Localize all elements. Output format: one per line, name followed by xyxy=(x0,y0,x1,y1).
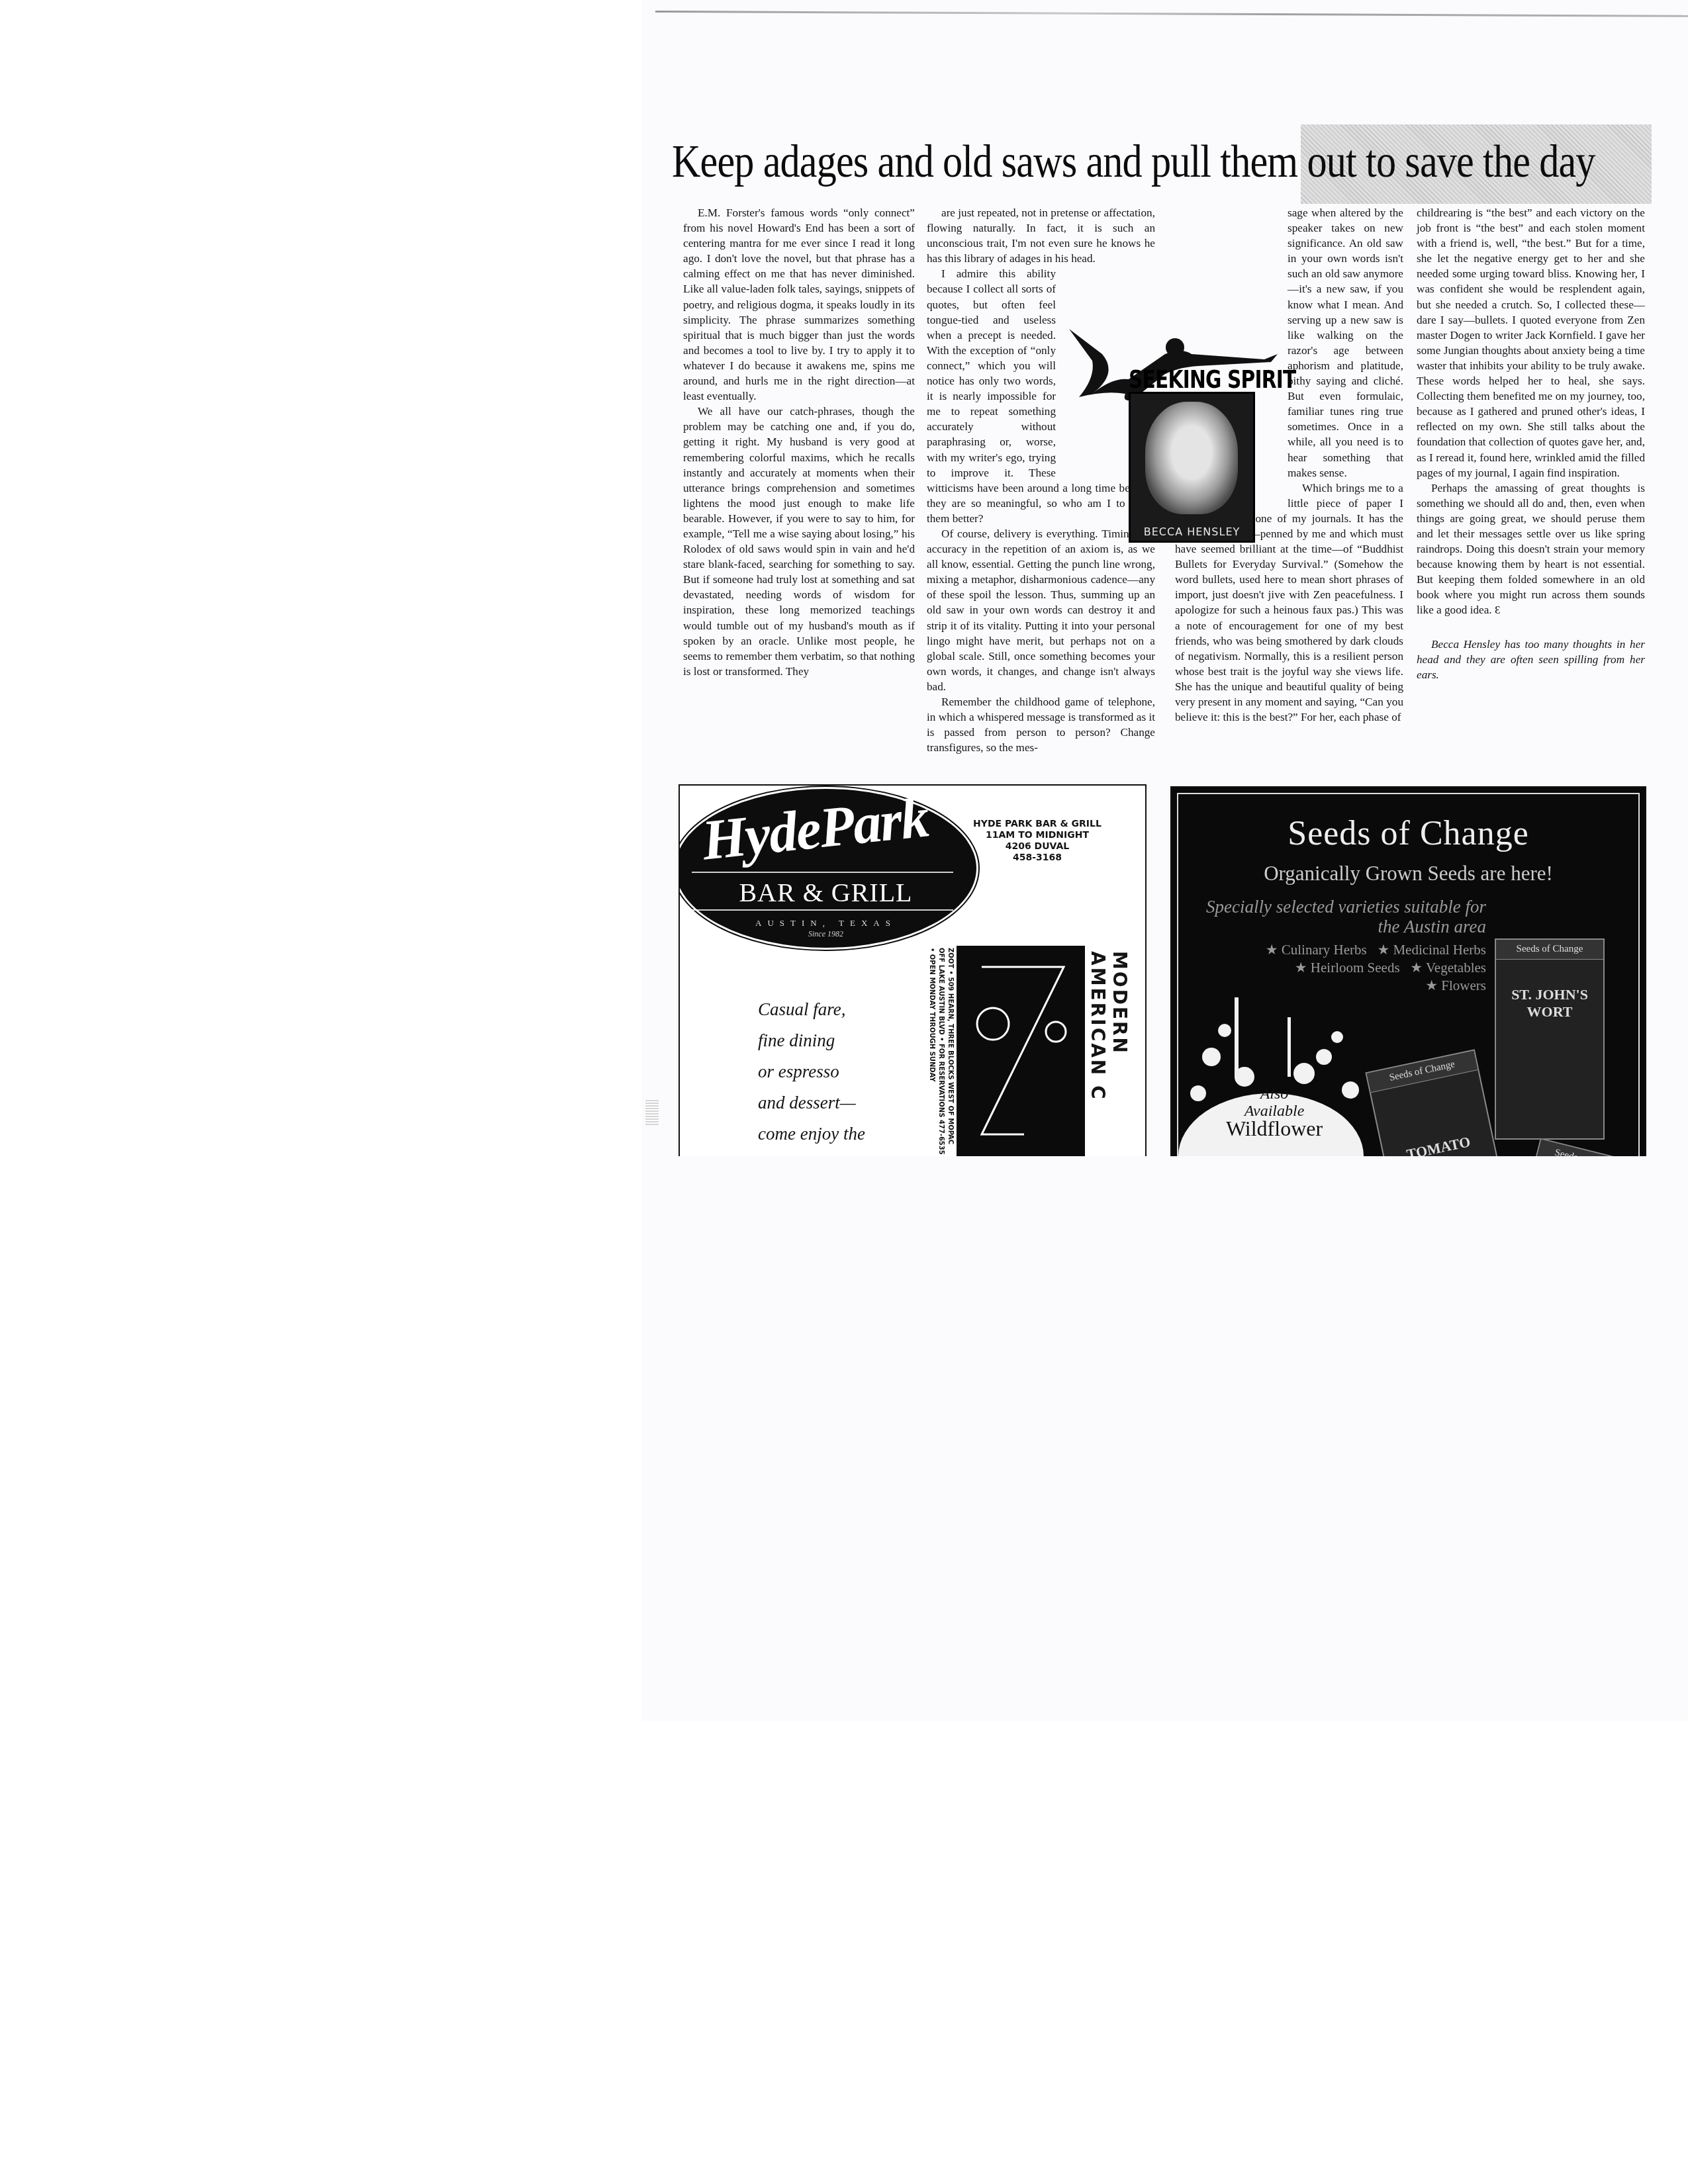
article-column-4: childrearing is “the best” and each vict… xyxy=(1417,205,1645,682)
variety-item: ★ Vegetables xyxy=(1410,960,1486,976)
paragraph: are just repeated, not in pretense or af… xyxy=(927,205,1155,266)
zoot-logo xyxy=(957,946,1085,1156)
hyde-park-tagline: Casual fare, fine dining or espresso and… xyxy=(758,994,865,1150)
info-line: 11AM TO MIDNIGHT xyxy=(971,830,1103,841)
variety-item: ★ Flowers xyxy=(1425,978,1486,993)
ad-subtitle: Organically Grown Seeds are here! xyxy=(1172,862,1645,886)
tagline-line: fine dining xyxy=(758,1025,865,1056)
variety-item: ★ Medicinal Herbs xyxy=(1377,942,1486,958)
zoot-address-text: ZOOT • 509 HEARN, THREE BLOCKS WEST OF M… xyxy=(928,948,955,1156)
tagline-line: come enjoy the xyxy=(758,1118,865,1150)
info-line: 458-3168 xyxy=(971,852,1103,864)
ad-seeds-of-change: Seeds of Change Organically Grown Seeds … xyxy=(1170,786,1646,1156)
author-photo: BECCA HENSLEY xyxy=(1129,392,1255,543)
info-line: 4206 DUVAL xyxy=(971,841,1103,852)
photo-caption: BECCA HENSLEY xyxy=(1131,525,1253,538)
packet-name: TOMATO xyxy=(1383,1128,1494,1156)
logo-city: AUSTIN, TEXAS xyxy=(679,918,976,929)
logo-script: HydePark xyxy=(699,784,931,874)
scan-artifact xyxy=(645,1099,659,1125)
zoot-side-text: MODERN AMERICAN C xyxy=(1087,951,1131,1156)
portrait-image xyxy=(1145,402,1238,514)
paragraph: E.M. Forster's famous words “only connec… xyxy=(683,205,915,404)
packet-brand: Seeds of Change xyxy=(1496,940,1603,960)
percent-sign-icon xyxy=(957,946,1085,1156)
logo-rule xyxy=(692,909,953,911)
tagline-line: and dessert— xyxy=(758,1087,865,1118)
ad-description: Specially selected varieties suitable fo… xyxy=(1182,897,1486,936)
hyde-park-info: HYDE PARK BAR & GRILL 11AM TO MIDNIGHT 4… xyxy=(971,819,1103,864)
logo-since: Since 1982 xyxy=(679,929,976,939)
paragraph: childrearing is “the best” and each vict… xyxy=(1417,205,1645,480)
also-line: Also xyxy=(1208,1085,1340,1103)
paragraph: We all have our catch-phrases, though th… xyxy=(683,404,915,679)
tagline-line: or espresso xyxy=(758,1056,865,1087)
hyde-park-logo: HydePark BAR & GRILL AUSTIN, TEXAS Since… xyxy=(679,787,978,950)
logo-rule xyxy=(692,872,953,873)
paragraph: Remember the childhood game of telephone… xyxy=(927,694,1155,755)
logo-sub: BAR & GRILL xyxy=(679,877,976,908)
variety-item: ★ Culinary Herbs xyxy=(1266,942,1367,958)
paragraph: Perhaps the amassing of great thoughts i… xyxy=(1417,480,1645,618)
author-note: Becca Hensley has too many thoughts in h… xyxy=(1417,637,1645,682)
tagline-line: Casual fare, xyxy=(758,994,865,1025)
article-column-1: E.M. Forster's famous words “only connec… xyxy=(683,205,915,679)
seed-packet: Seeds of Change ST. JOHN'S WORT xyxy=(1495,938,1605,1140)
column-title: SEEKING SPIRIT xyxy=(1129,365,1296,394)
ad-hyde-park: HydePark BAR & GRILL AUSTIN, TEXAS Since… xyxy=(679,784,1147,1156)
ad-title: Seeds of Change xyxy=(1172,814,1645,853)
column-logo: SEEKING SPIRIT BECCA HENSLEY xyxy=(1066,328,1297,572)
also-available-badge: Also Available Wildflower xyxy=(1208,1085,1340,1137)
also-line: Wildflower xyxy=(1208,1120,1340,1137)
packet-name: ST. JOHN'S WORT xyxy=(1496,986,1603,1021)
info-line: HYDE PARK BAR & GRILL xyxy=(971,819,1103,830)
headline: Keep adages and old saws and pull them o… xyxy=(672,136,1595,189)
